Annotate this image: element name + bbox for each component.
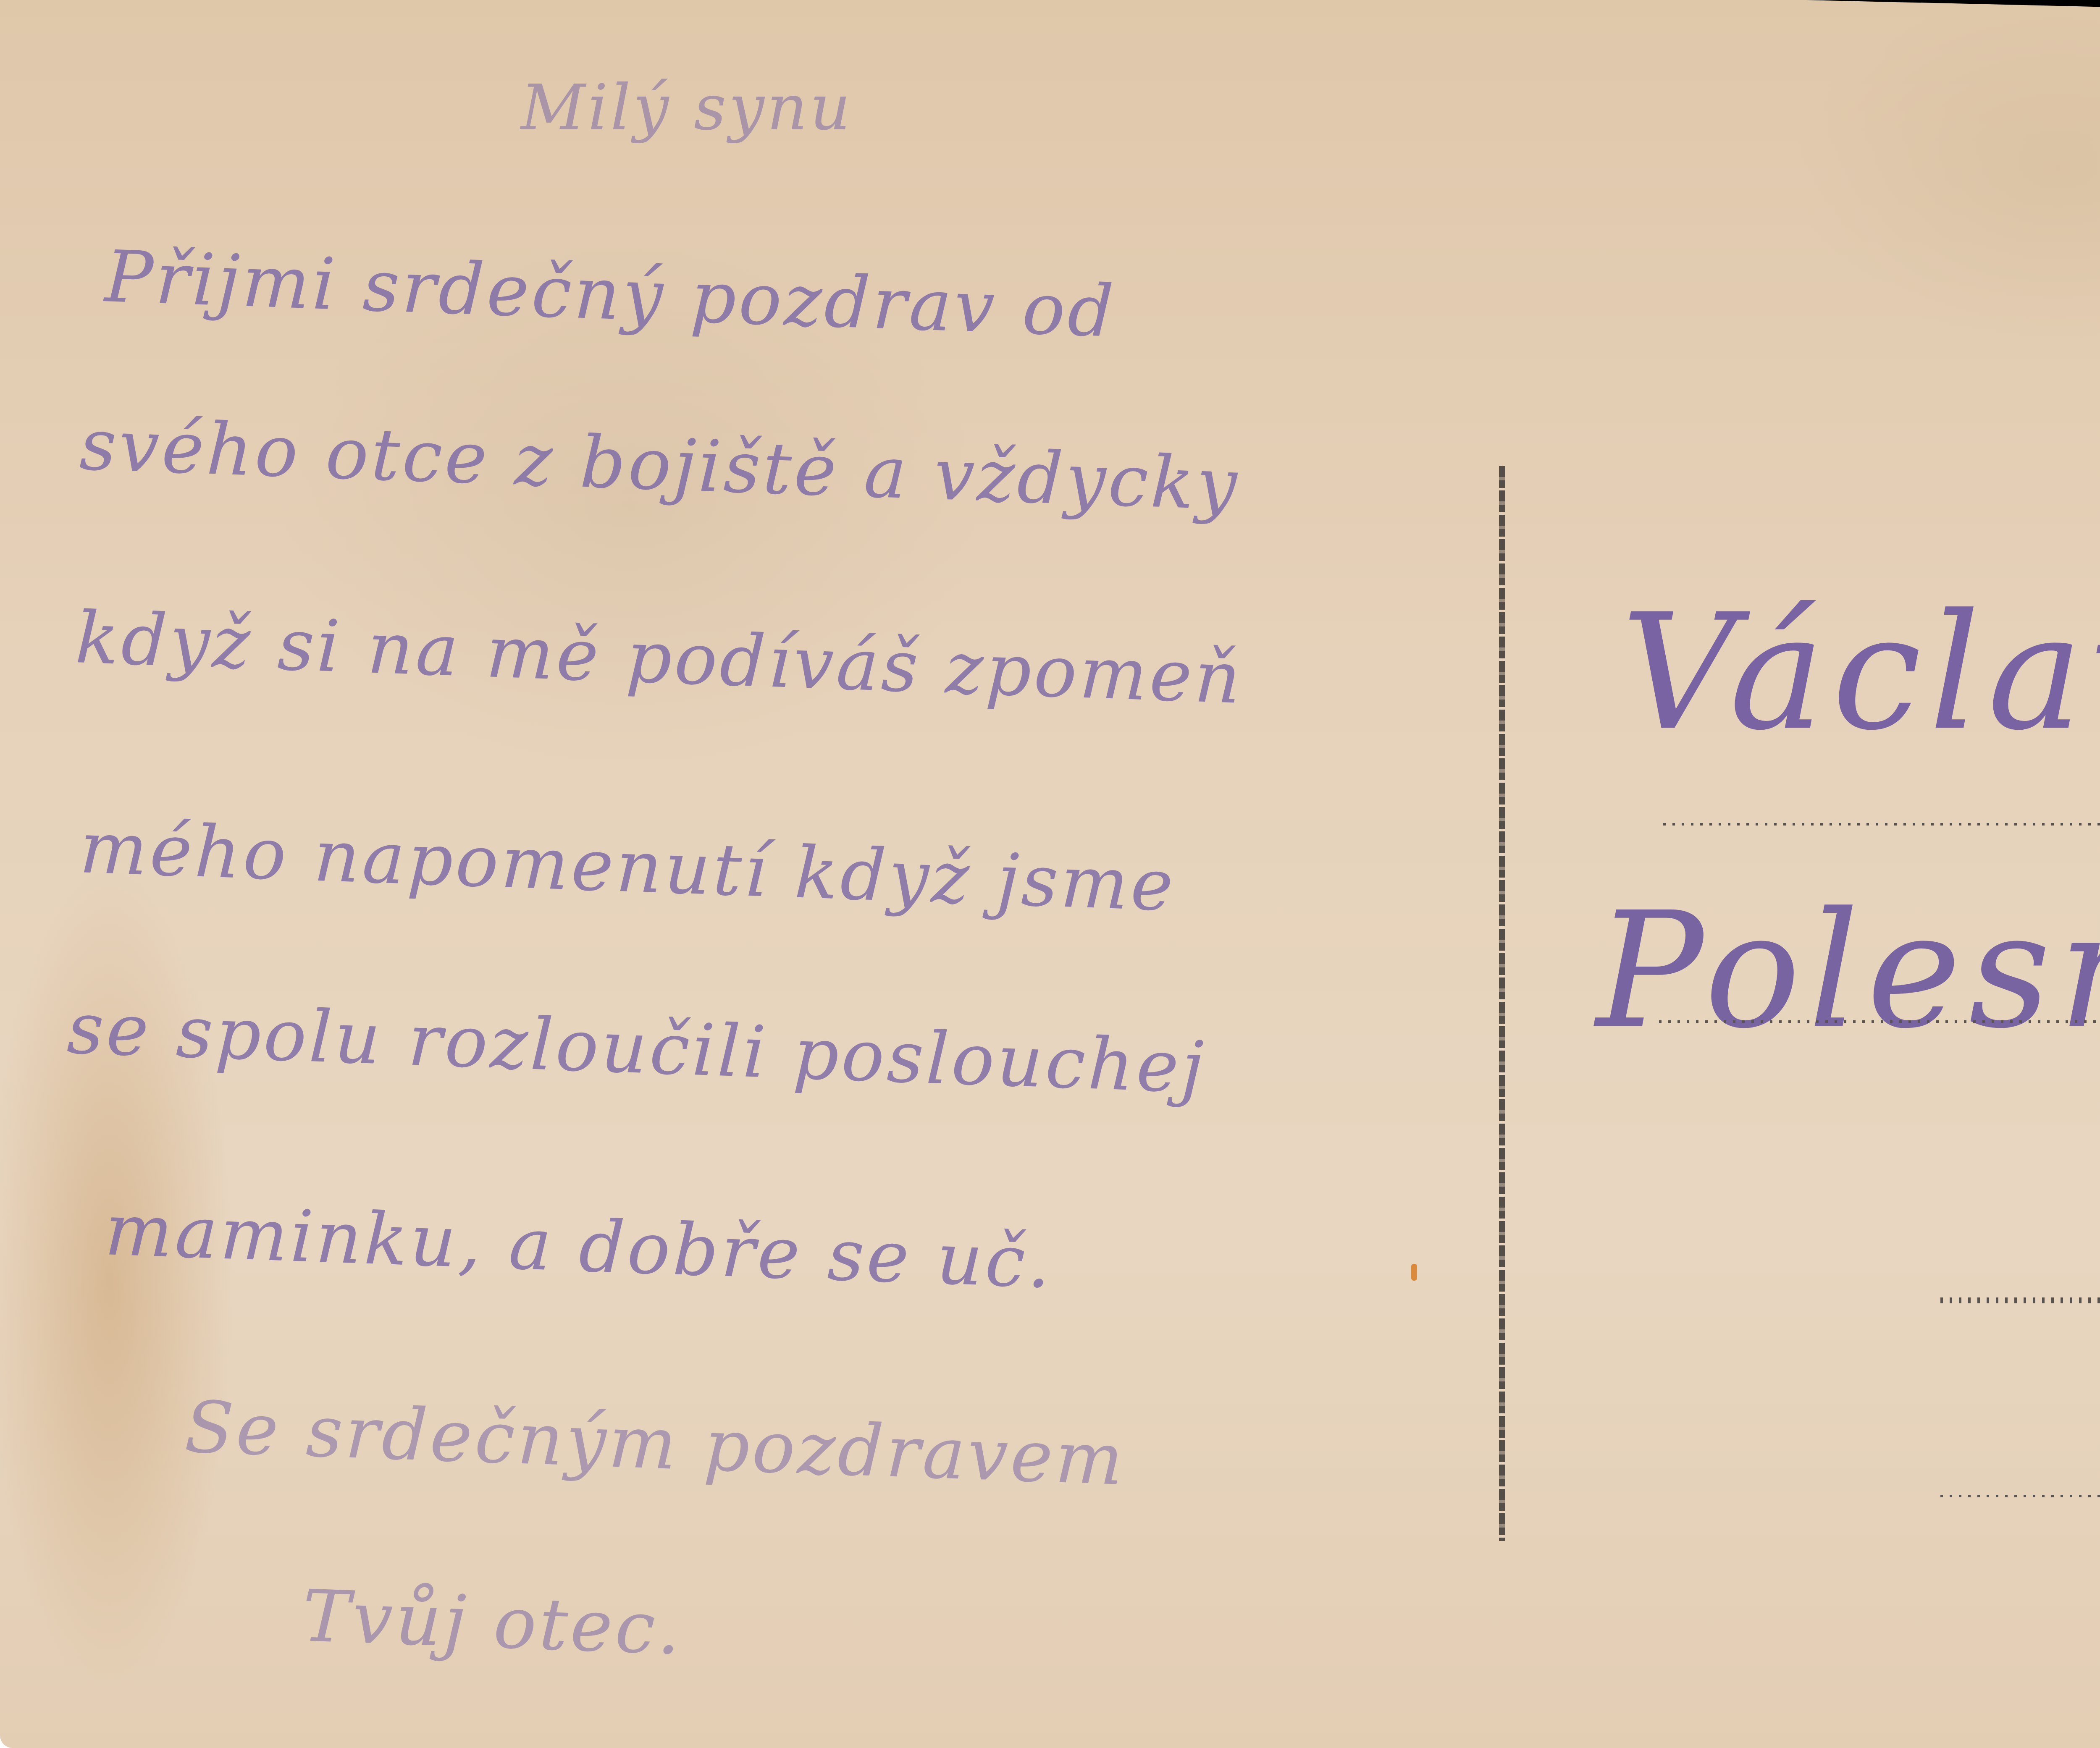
greeting: Milý synu [521,71,853,144]
center-divider [1499,466,1505,1541]
address-line-4 [1940,1495,2100,1497]
address-name: Václav [1621,579,2100,765]
stain-mark [1411,1264,1417,1281]
address-line-3 [1940,1297,2100,1303]
message-line: když si na mě podíváš zpomeň [74,596,1244,720]
address-place: Polesno. [1596,878,2100,1064]
message-line: Přijmi srdečný pozdrav od [104,235,1118,354]
closing: Se srdečným pozdravem [184,1386,1127,1502]
message-line: maminku, a dobře se uč. [104,1188,1055,1305]
signature: Tvůj otec. [301,1575,685,1671]
postcard-back: Milý synu Přijmi srdečný pozdrav od svéh… [0,0,2100,1748]
message-line: mého napomenutí když jsme [79,806,1177,928]
message-line: svého otce z bojiště a vždycky [79,403,1241,527]
message-line: se spolu rozloučili poslouchej [66,987,1207,1110]
address-line-1 [1663,823,2100,826]
address-line-2 [1659,1020,2100,1023]
